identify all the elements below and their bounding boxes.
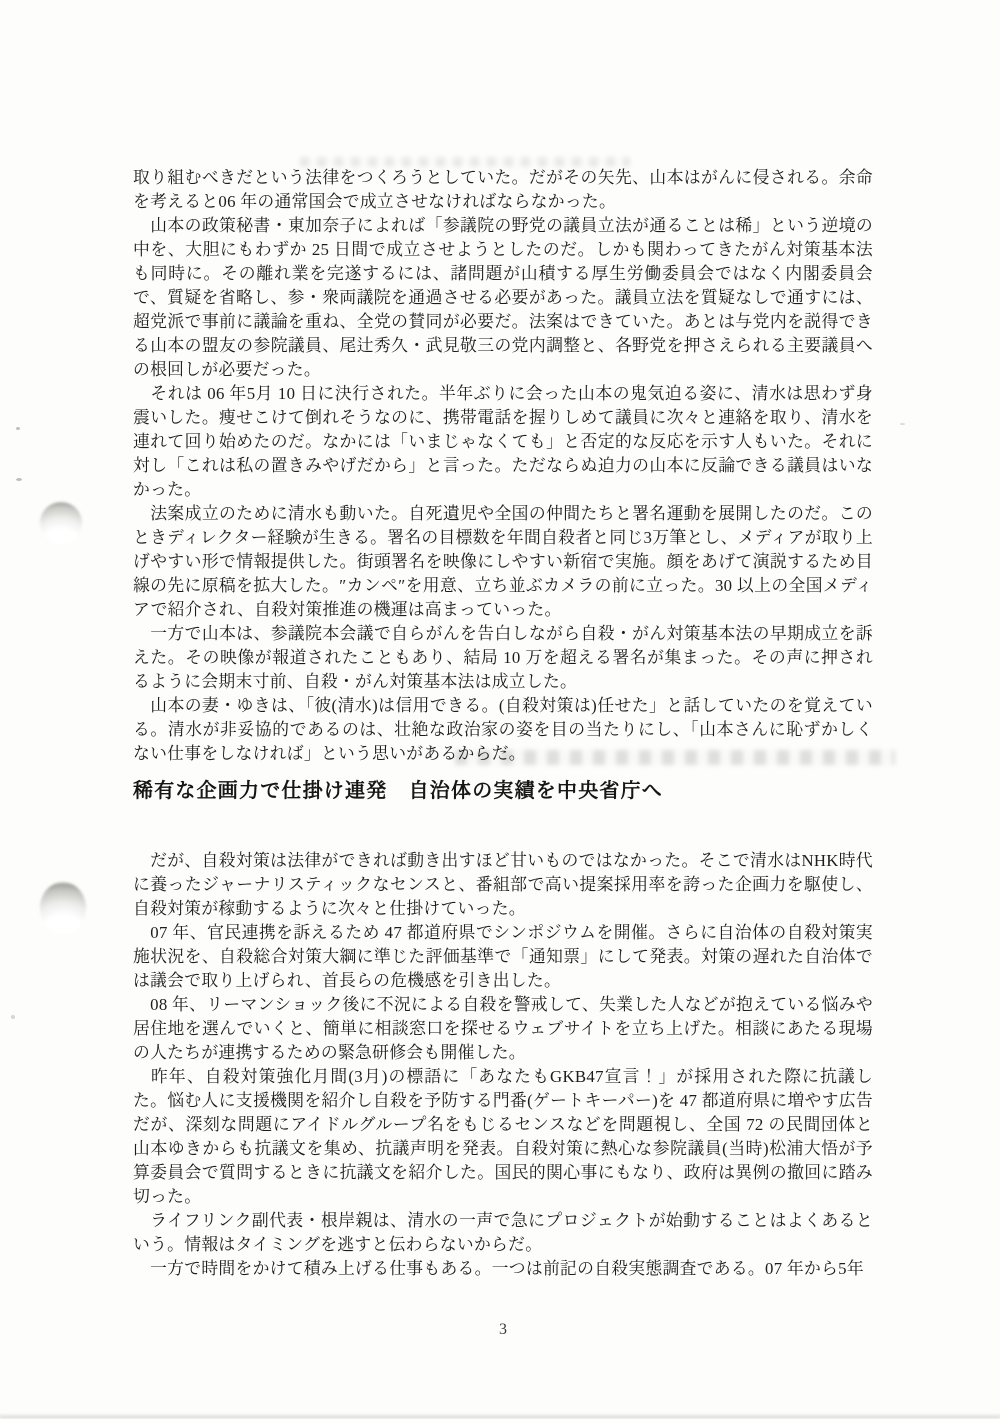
paragraph: 山本の妻・ゆきは、「彼(清水)は信用できる。(自殺対策は)任せた」と話していたの… [133,694,873,766]
paragraph: 山本の政策秘書・東加奈子によれば「参議院の野党の議員立法が通ることは稀」という逆… [133,214,873,382]
paragraph: 一方で山本は、参議院本会議で自らがんを告白しながら自殺・がん対策基本法の早期成立… [133,622,873,694]
punch-hole-bottom [40,882,86,934]
paragraph: 07 年、官民連携を訴えるため 47 都道府県でシンポジウムを開催。さらに自治体… [133,921,873,993]
paragraph: 08 年、リーマンショック後に不況による自殺を警戒して、失業した人などが抱えてい… [133,993,873,1065]
scan-bottom-edge-artifact [0,1413,1000,1419]
scan-speck [16,427,20,430]
paragraph: 法案成立のために清水も動いた。自死遺児や全国の仲間たちと署名運動を展開したのだ。… [133,502,873,622]
page-number: 3 [133,1321,873,1339]
paragraph: 昨年、自殺対策強化月間(3月)の標語に「あなたもGKB47宣言！」が採用された際… [133,1065,873,1209]
body-text-block-2: だが、自殺対策は法律ができれば動き出すほど甘いものではなかった。そこで清水はNH… [133,849,873,1281]
body-text-block-1: 取り組むべきだという法律をつくろうとしていた。だがその矢先、山本はがんに侵される… [133,166,873,766]
scan-speck [11,1015,15,1019]
paragraph: 取り組むべきだという法律をつくろうとしていた。だがその矢先、山本はがんに侵される… [133,166,873,214]
paragraph: それは 06 年5月 10 日に決行された。半年ぶりに会った山本の鬼気迫る姿に、… [133,382,873,502]
paragraph: 一方で時間をかけて積み上げる仕事もある。一つは前記の自殺実態調査である。07 年… [133,1257,873,1281]
scan-speck [16,478,22,481]
paragraph: ライフリンク副代表・根岸親は、清水の一声で急にプロジェクトが始動することはよくあ… [133,1209,873,1257]
document-page: 取り組むべきだという法律をつくろうとしていた。だがその矢先、山本はがんに侵される… [0,0,1000,1419]
section-heading: 稀有な企画力で仕掛け連発 自治体の実績を中央省庁へ [133,774,663,803]
punch-hole-top [40,502,82,544]
paragraph: だが、自殺対策は法律ができれば動き出すほど甘いものではなかった。そこで清水はNH… [133,849,873,921]
scan-speck [900,423,905,425]
